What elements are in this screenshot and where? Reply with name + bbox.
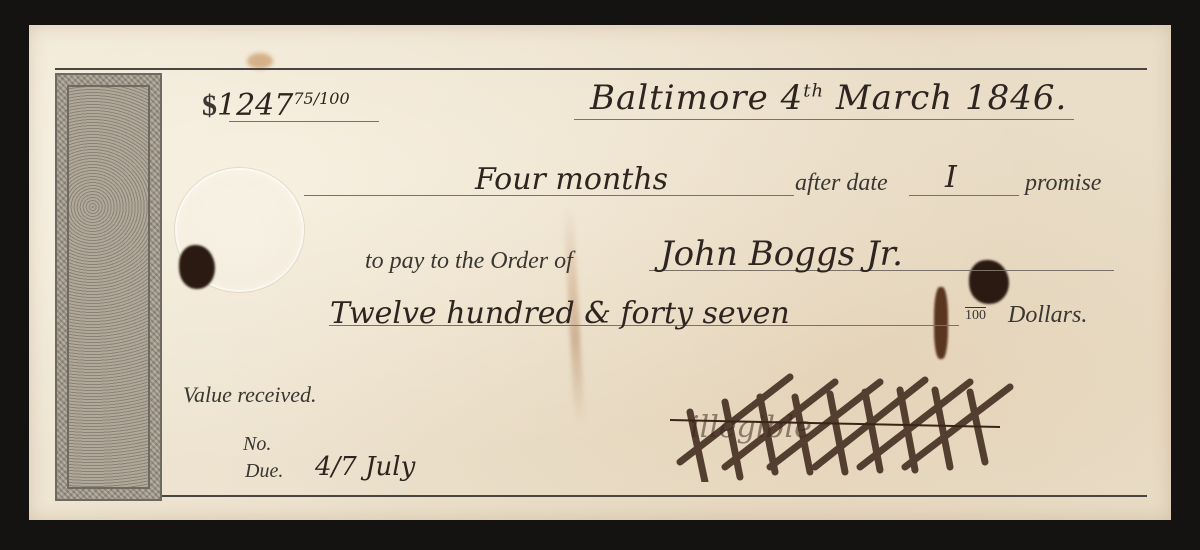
- due-date: 4/7 July: [315, 452, 415, 482]
- payee-name: John Boggs Jr.: [660, 234, 903, 274]
- ornamental-side-panel: [55, 73, 162, 501]
- bottom-border-rule: [55, 495, 1147, 497]
- printed-pay-to-order: to pay to the Order of: [365, 248, 573, 275]
- term-handwritten: Four months: [475, 162, 668, 197]
- ink-blot-right: [969, 260, 1009, 304]
- month: March: [836, 78, 953, 118]
- ink-drip: [934, 287, 948, 359]
- ink-blot-left: [179, 245, 215, 289]
- amount-cents: 75/100: [293, 89, 349, 108]
- amount-dollars: 1247: [217, 88, 293, 123]
- printed-dollars: Dollars.: [1008, 302, 1087, 329]
- fraction-denominator: 100: [965, 307, 986, 324]
- cancellation-cross-hatch: [670, 372, 1040, 482]
- day-suffix: th: [803, 81, 824, 102]
- year: 1846.: [965, 78, 1067, 118]
- date-line: [574, 119, 1074, 120]
- printed-promise: promise: [1025, 170, 1101, 197]
- currency-symbol: $: [202, 89, 217, 122]
- number-label: No.: [243, 433, 271, 456]
- top-border-rule: [55, 68, 1147, 70]
- amount-in-words: Twelve hundred & forty seven: [330, 296, 790, 331]
- printed-after-date: after date: [795, 170, 888, 197]
- payer-pronoun: I: [945, 160, 957, 195]
- value-received: Value received.: [183, 382, 317, 408]
- place-and-date: Baltimore 4th March 1846.: [590, 78, 1067, 118]
- due-label: Due.: [245, 460, 283, 483]
- amount-figures: $124775/100: [202, 88, 350, 123]
- paper-stain: [247, 53, 273, 69]
- place: Baltimore: [590, 78, 769, 118]
- ornamental-panel-inner: [67, 85, 150, 489]
- payer-line: [909, 195, 1019, 196]
- day: 4: [781, 78, 804, 118]
